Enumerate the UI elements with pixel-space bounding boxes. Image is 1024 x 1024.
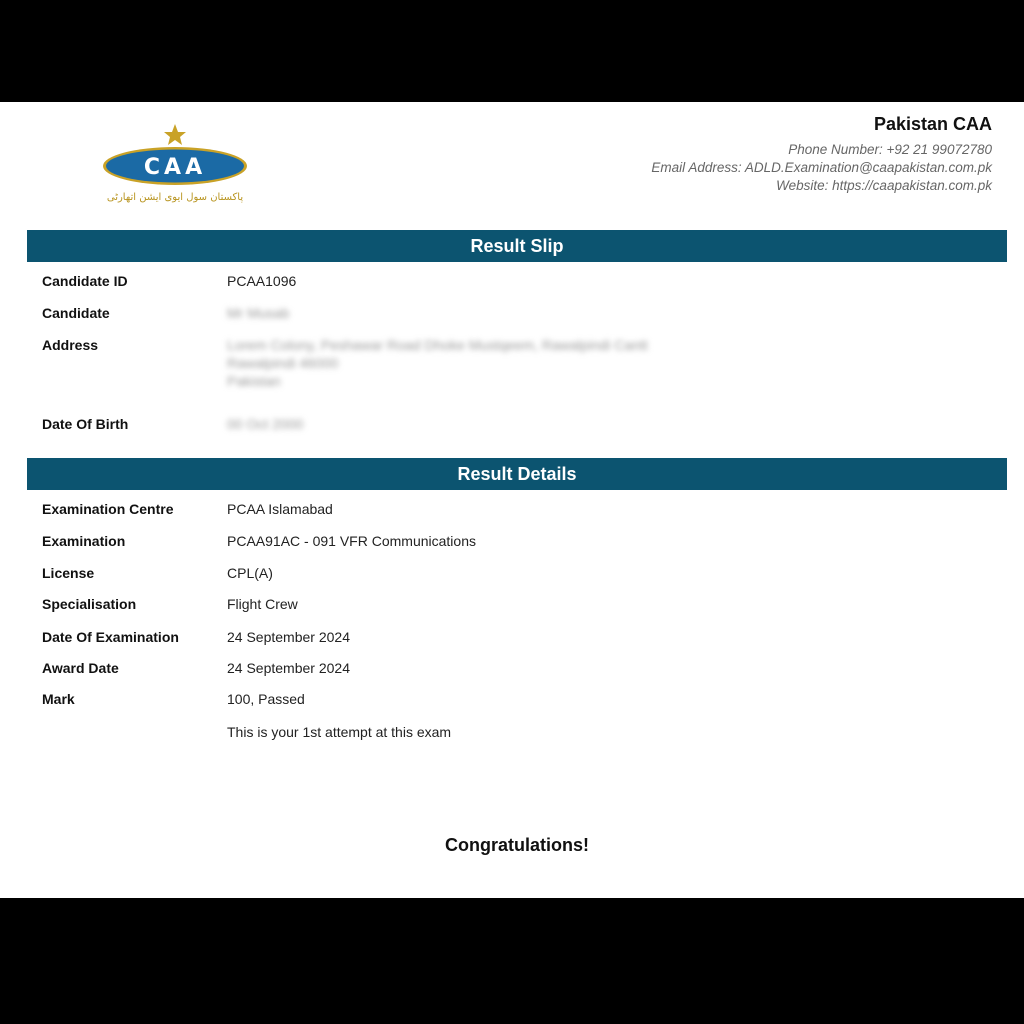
field-value-redacted: Pakistan: [227, 373, 281, 389]
field-value: Flight Crew: [227, 596, 298, 612]
phone-number: Phone Number: +92 21 99072780: [651, 141, 992, 159]
org-name: Pakistan CAA: [651, 114, 992, 135]
field-value: 24 September 2024: [227, 629, 350, 645]
result-slip-page: CAA پاکستان سول ایوی ایشن اتھارٹی Pakist…: [0, 102, 1024, 898]
attempt-note: This is your 1st attempt at this exam: [227, 724, 451, 740]
org-contact: Pakistan CAA Phone Number: +92 21 990727…: [651, 114, 992, 195]
field-value-redacted: 00 Oct 2000: [227, 416, 303, 432]
field-label: Examination Centre: [42, 501, 173, 517]
field-value-redacted: Lorem Colony, Peshawar Road Dhoke Mustqe…: [227, 337, 648, 353]
result-slip-heading: Result Slip: [27, 230, 1007, 262]
field-label: Date Of Examination: [42, 629, 179, 645]
email-address: Email Address: ADLD.Examination@caapakis…: [651, 159, 992, 177]
field-value: PCAA1096: [227, 273, 296, 289]
field-value: PCAA91AC - 091 VFR Communications: [227, 533, 476, 549]
website: Website: https://caapakistan.com.pk: [651, 177, 992, 195]
caa-logo: CAA پاکستان سول ایوی ایشن اتھارٹی: [100, 122, 250, 208]
field-value-redacted: Mr Musab: [227, 305, 289, 321]
field-value: CPL(A): [227, 565, 273, 581]
field-label: Award Date: [42, 660, 119, 676]
field-value: 24 September 2024: [227, 660, 350, 676]
field-label: Specialisation: [42, 596, 136, 612]
field-label: Date Of Birth: [42, 416, 128, 432]
field-label: Candidate: [42, 305, 110, 321]
field-value: 100, Passed: [227, 691, 305, 707]
field-value-redacted: Rawalpindi 46000: [227, 355, 338, 371]
field-label: Address: [42, 337, 98, 353]
field-label: Candidate ID: [42, 273, 128, 289]
svg-text:CAA: CAA: [144, 155, 206, 180]
svg-text:پاکستان سول ایوی ایشن اتھارٹی: پاکستان سول ایوی ایشن اتھارٹی: [107, 192, 243, 203]
congratulations-message: Congratulations!: [0, 835, 1024, 856]
result-details-heading: Result Details: [27, 458, 1007, 490]
field-label: Mark: [42, 691, 75, 707]
field-value: PCAA Islamabad: [227, 501, 333, 517]
field-label: License: [42, 565, 94, 581]
field-label: Examination: [42, 533, 125, 549]
